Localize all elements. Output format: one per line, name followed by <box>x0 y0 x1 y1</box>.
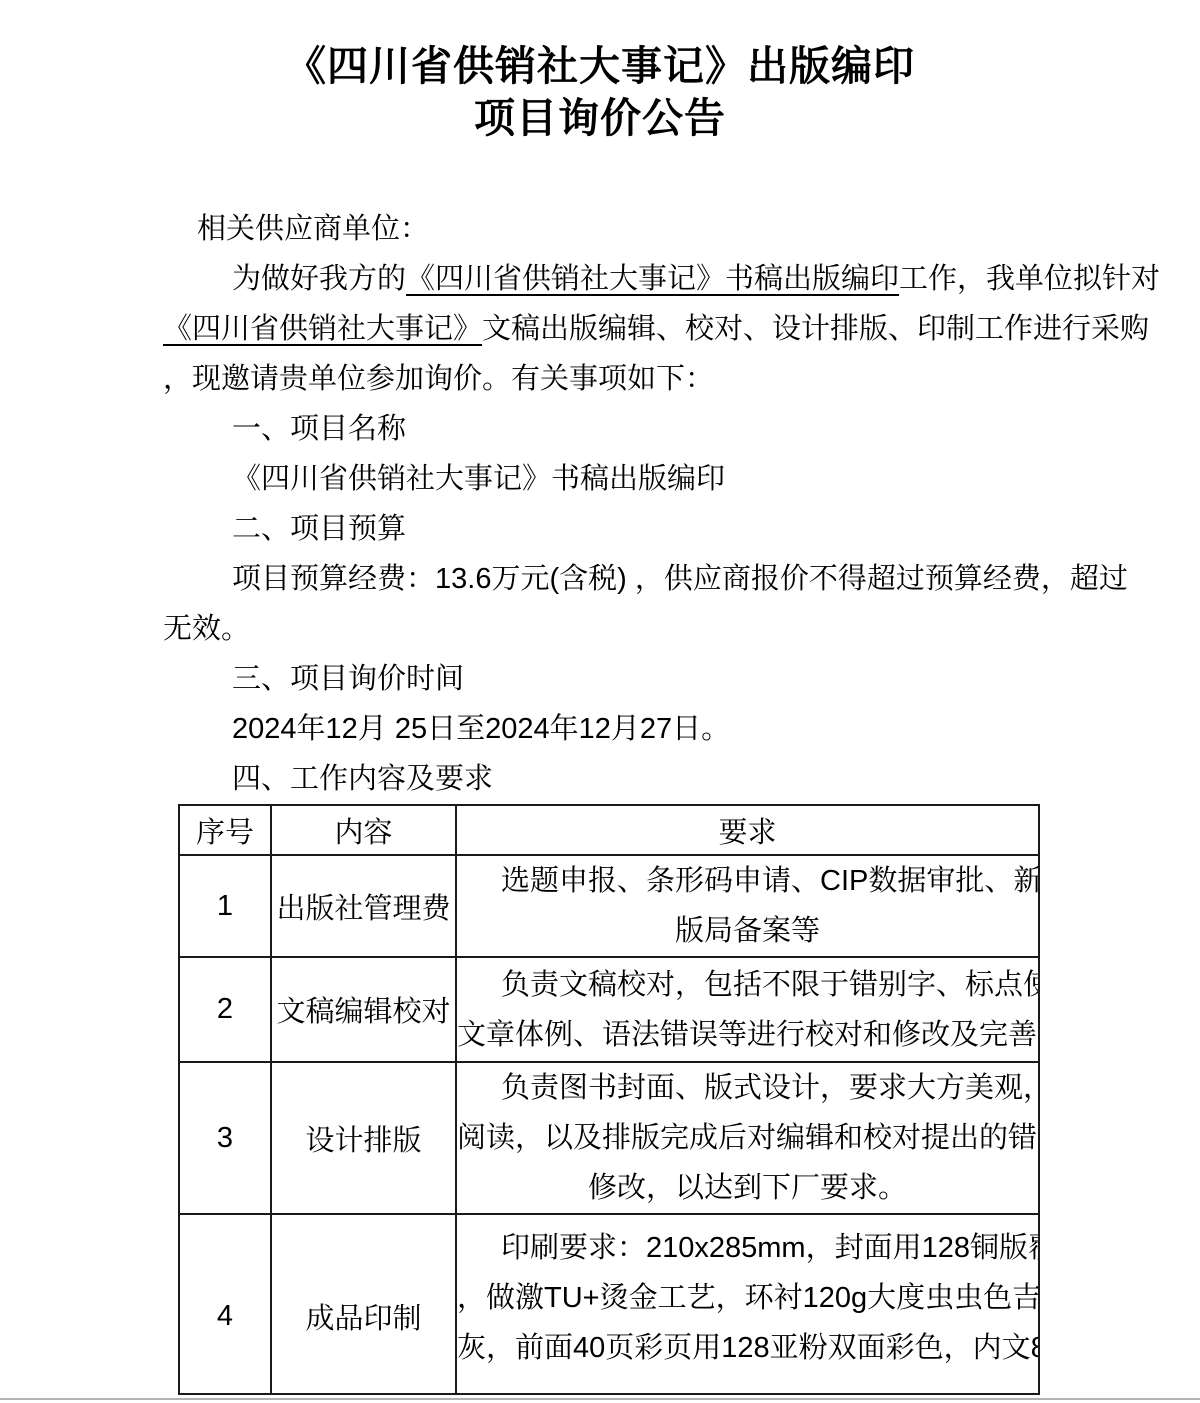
title-line-1: 《四川省供销社大事记》出版编印 <box>0 40 1200 92</box>
text-segment: 文章体例、语法错误等进行校对和修改及完善。 <box>457 1019 1039 1051</box>
row-requirement: 印刷要求：210x285mm，封面用128铜版覆膜，做激TU+烫金工艺，环衬12… <box>456 1214 1039 1394</box>
text-segment: 修改，以达到下厂要求。 <box>588 1172 907 1204</box>
text-line: 项目预算经费：13.6万元(含税) ，供应商报价不得超过预算经费，超过 <box>163 554 1037 604</box>
text-line: 《四川省供销社大事记》书稿出版编印 <box>163 454 1037 504</box>
text-segment: 无效。 <box>163 613 250 645</box>
table-row: 2 文稿编辑校对 负责文稿校对，包括不限于错别字、标点使用、文章体例、语法错误等… <box>179 957 1039 1062</box>
body-paragraphs: 相关供应商单位：为做好我方的《四川省供销社大事记》书稿出版编印工作，我单位拟针对… <box>163 204 1037 804</box>
row-requirement: 选题申报、条形码申请、CIP数据审批、新闻出版局备案等 <box>456 855 1039 957</box>
text-line: 修改，以达到下厂要求。 <box>457 1163 1038 1213</box>
table-row: 4 成品印制 印刷要求：210x285mm，封面用128铜版覆膜，做激TU+烫金… <box>179 1214 1039 1394</box>
text-line: 版局备案等 <box>457 906 1038 956</box>
text-line: ，现邀请贵单位参加询价。有关事项如下： <box>163 354 1037 404</box>
page-title: 《四川省供销社大事记》出版编印 项目询价公告 <box>0 40 1200 144</box>
text-segment: ，做激TU+烫金工艺，环衬120g大度虫虫色吉高级 <box>457 1282 1039 1314</box>
document-page: { "title": { "line1": "《四川省供销社大事记》出版编印",… <box>0 0 1200 1403</box>
text-line: 《四川省供销社大事记》文稿出版编辑、校对、设计排版、印制工作进行采购 <box>163 304 1037 354</box>
underlined-text: 《四川省供销社大事记》书稿出版编印 <box>406 263 899 295</box>
table-row: 1 出版社管理费 选题申报、条形码申请、CIP数据审批、新闻出版局备案等 <box>179 855 1039 957</box>
text-segment: 项目预算经费：13.6万元(含税) ，供应商报价不得超过预算经费，超过 <box>232 563 1128 595</box>
text-segment: 负责文稿校对，包括不限于错别字、标点使用、 <box>501 969 1039 1001</box>
text-segment: 二、项目预算 <box>232 513 406 545</box>
text-segment: 一、项目名称 <box>232 413 406 445</box>
text-segment: 文稿出版编辑、校对、设计排版、印制工作进行采购 <box>482 313 1149 345</box>
text-line: 印刷要求：210x285mm，封面用128铜版覆膜 <box>457 1223 1038 1273</box>
table-row: 3 设计排版 负责图书封面、版式设计，要求大方美观，便于阅读，以及排版完成后对编… <box>179 1062 1039 1214</box>
text-segment: 相关供应商单位： <box>197 213 429 245</box>
text-line: 一、项目名称 <box>163 404 1037 454</box>
text-line: 相关供应商单位： <box>163 204 1037 254</box>
text-line: 负责文稿校对，包括不限于错别字、标点使用、 <box>457 960 1038 1010</box>
text-line: 2024年12月 25日至2024年12月27日。 <box>163 704 1037 754</box>
text-segment: 工作，我单位拟针对 <box>899 263 1160 295</box>
page-bottom-edge <box>0 1398 1200 1400</box>
row-number: 1 <box>179 855 271 957</box>
title-line-2: 项目询价公告 <box>0 92 1200 144</box>
row-content-label: 成品印制 <box>271 1214 456 1394</box>
row-content-label: 设计排版 <box>271 1062 456 1214</box>
requirements-table: 序号 内容 要求 1 出版社管理费 选题申报、条形码申请、CIP数据审批、新闻出… <box>178 804 1040 1395</box>
row-requirement: 负责图书封面、版式设计，要求大方美观，便于阅读，以及排版完成后对编辑和校对提出的… <box>456 1062 1039 1214</box>
text-segment: ，现邀请贵单位参加询价。有关事项如下： <box>163 363 714 395</box>
header-cell-content: 内容 <box>271 805 456 855</box>
text-line: 二、项目预算 <box>163 504 1037 554</box>
text-segment: 三、项目询价时间 <box>232 663 464 695</box>
row-number: 3 <box>179 1062 271 1214</box>
underlined-text: 《四川省供销社大事记》 <box>163 313 482 345</box>
row-content-label: 出版社管理费 <box>271 855 456 957</box>
header-cell-requirement: 要求 <box>456 805 1039 855</box>
text-segment: 为做好我方的 <box>232 263 406 295</box>
text-segment: 灰，前面40页彩页用128亚粉双面彩色，内文80g双 <box>457 1332 1039 1364</box>
text-line: 选题申报、条形码申请、CIP数据审批、新闻出 <box>457 856 1038 906</box>
row-requirement: 负责文稿校对，包括不限于错别字、标点使用、文章体例、语法错误等进行校对和修改及完… <box>456 957 1039 1062</box>
text-segment: 阅读，以及排版完成后对编辑和校对提出的错误进行 <box>457 1122 1039 1154</box>
text-segment: 四、工作内容及要求 <box>232 763 493 795</box>
row-number: 2 <box>179 957 271 1062</box>
row-number: 4 <box>179 1214 271 1394</box>
text-segment: 《四川省供销社大事记》书稿出版编印 <box>232 463 725 495</box>
text-segment: 印刷要求：210x285mm，封面用128铜版覆膜 <box>501 1232 1039 1264</box>
text-line: 灰，前面40页彩页用128亚粉双面彩色，内文80g双 <box>457 1323 1038 1373</box>
text-segment: 负责图书封面、版式设计，要求大方美观，便于 <box>501 1072 1039 1104</box>
text-segment: 选题申报、条形码申请、CIP数据审批、新闻出 <box>501 865 1039 897</box>
text-line: 三、项目询价时间 <box>163 654 1037 704</box>
text-line: 无效。 <box>163 604 1037 654</box>
table-header-row: 序号 内容 要求 <box>179 805 1039 855</box>
text-line: 负责图书封面、版式设计，要求大方美观，便于 <box>457 1063 1038 1113</box>
text-line: 四、工作内容及要求 <box>163 754 1037 804</box>
text-line: ，做激TU+烫金工艺，环衬120g大度虫虫色吉高级 <box>457 1273 1038 1323</box>
text-segment: 2024年12月 25日至2024年12月27日。 <box>232 713 730 745</box>
text-segment: 版局备案等 <box>675 915 820 947</box>
text-line: 文章体例、语法错误等进行校对和修改及完善。 <box>457 1010 1038 1060</box>
text-line: 为做好我方的《四川省供销社大事记》书稿出版编印工作，我单位拟针对 <box>163 254 1037 304</box>
header-cell-number: 序号 <box>179 805 271 855</box>
row-content-label: 文稿编辑校对 <box>271 957 456 1062</box>
text-line: 阅读，以及排版完成后对编辑和校对提出的错误进行 <box>457 1113 1038 1163</box>
